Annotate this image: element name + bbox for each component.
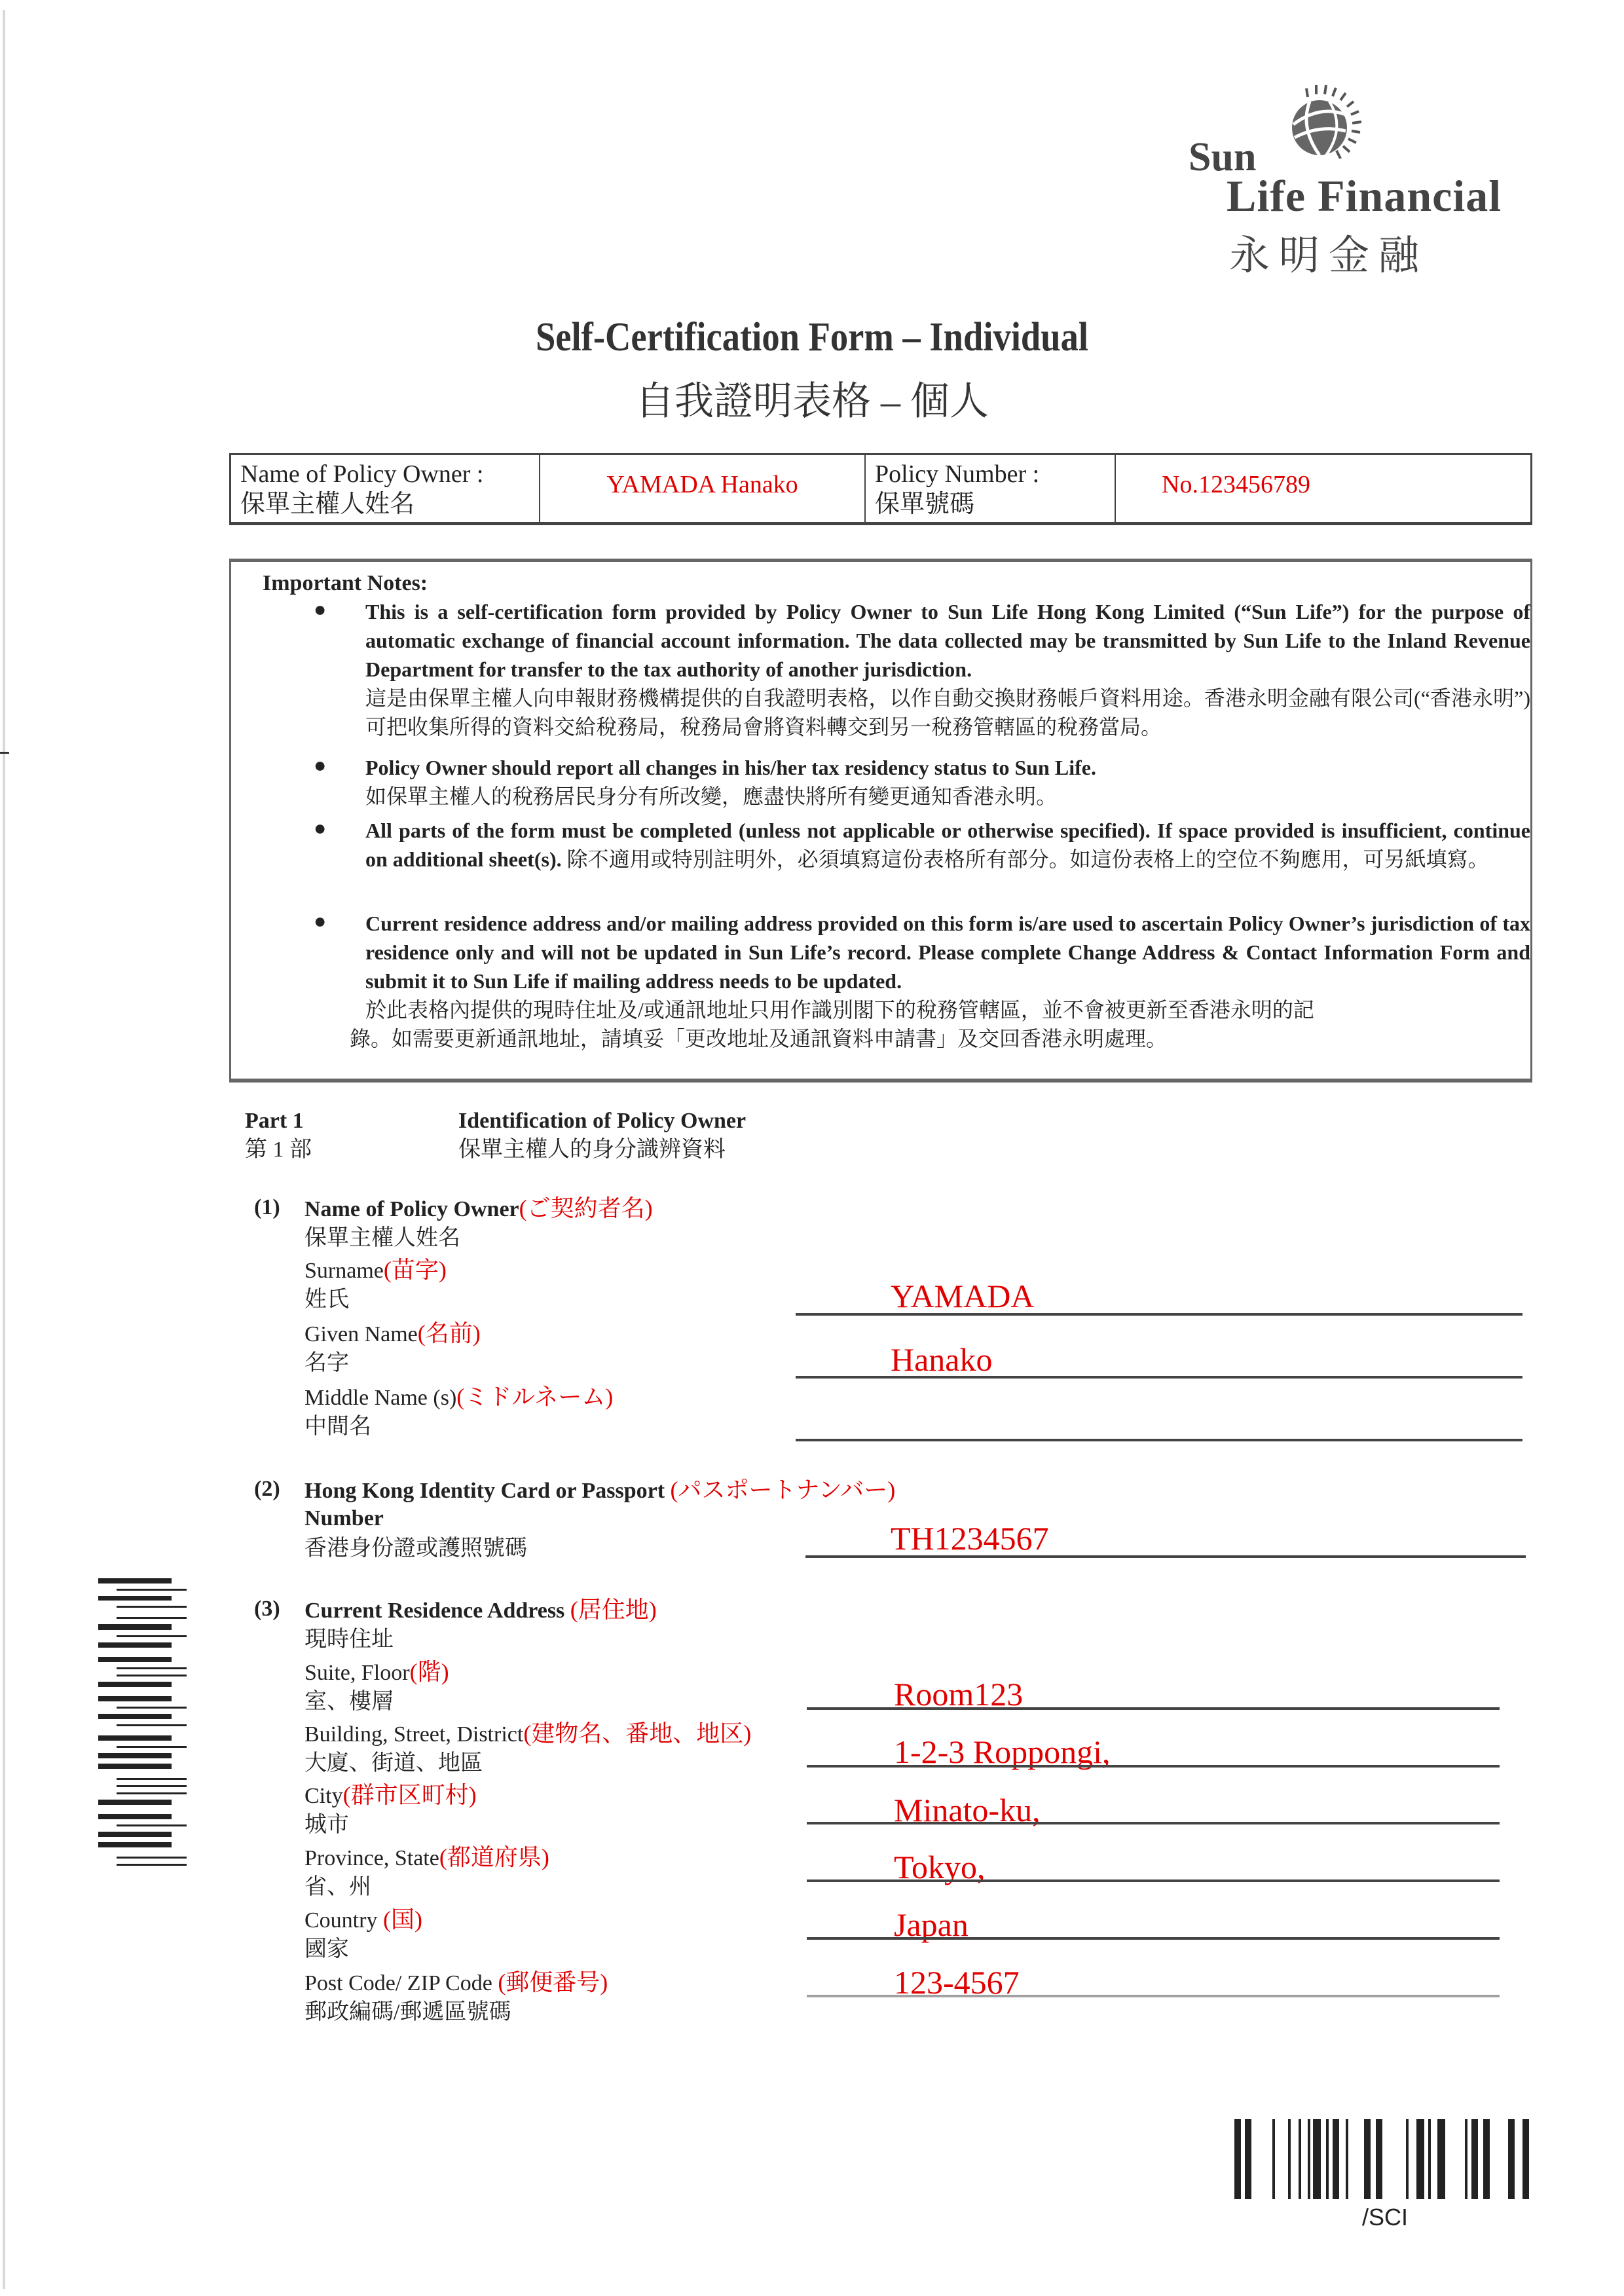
bullet-icon: ● [314,816,326,840]
barcode-caption: /SCI [1362,2204,1408,2231]
section2-title-en: Hong Kong Identity Card or Passport [304,1479,665,1503]
post-code-label-zh: 郵政編碼/郵遞區號碼 [304,1997,511,2028]
section3-title-en: Current Residence Address [304,1599,564,1623]
logo-word-life-financial: Life Financial [1227,170,1502,222]
section-number: (2) [254,1477,280,1502]
country-underline [807,1937,1500,1940]
province-state-label: Province, State(都道府県) [304,1842,549,1874]
note-text-en: Current residence address and/or mailing… [365,912,1530,993]
note-text-en: This is a self-certification form provid… [365,600,1530,681]
id-passport-underline [805,1555,1526,1558]
important-notes-box: Important Notes: ● This is a self-certif… [229,559,1532,1083]
section2-title-jp: (パスポートナンバー) [671,1477,896,1503]
sun-life-logo: Sun Life Financial 永明金融 [1189,79,1529,275]
building-street-label-zh: 大廈、街道、地區 [304,1749,483,1779]
given-name-label-zh: 名字 [304,1348,349,1379]
part-title: Identification of Policy Owner 保單主權人的身分識… [458,1107,746,1164]
given-name-field[interactable]: Hanako [891,1341,993,1379]
owner-name-field[interactable]: YAMADA Hanako [540,455,866,522]
city-label-zh: 城市 [304,1810,349,1840]
building-street-label: Building, Street, District(建物名、番地、地区) [304,1718,751,1750]
note-text-zh-cont: 錄。如需要更新通訊地址，請填妥「更改地址及通訊資料申請書」及交回香港永明處理。 [350,1024,1530,1053]
policy-info-table: Name of Policy Owner : 保單主權人姓名 YAMADA Ha… [229,453,1532,525]
province-state-label-zh: 省、州 [304,1872,371,1902]
surname-underline [796,1313,1522,1316]
bullet-icon: ● [314,597,326,621]
part-title-zh: 保單主權人的身分識辨資料 [458,1136,746,1164]
post-code-label: Post Code/ ZIP Code (郵便番号) [304,1967,608,1999]
section1-title-en: Name of Policy Owner [304,1197,519,1221]
owner-name-label: Name of Policy Owner : [240,459,530,489]
given-name-label: Given Name(名前) [304,1318,481,1350]
suite-floor-underline [807,1707,1500,1710]
suite-floor-label: Suite, Floor(階) [304,1657,449,1688]
section3-title-zh: 現時住址 [304,1625,394,1655]
given-name-underline [796,1376,1522,1379]
building-street-underline [807,1765,1500,1768]
form-title-chinese: 自我證明表格 – 個人 [0,370,1624,426]
country-label: Country (国) [304,1904,422,1936]
sun-globe-icon [1280,79,1372,170]
part-label-en: Part 1 [245,1107,312,1136]
section2-title: Hong Kong Identity Card or Passport (パスポ… [304,1475,895,1506]
section3-title-jp: (居住地) [570,1597,657,1623]
id-passport-field[interactable]: TH1234567 [891,1519,1049,1557]
post-code-underline [807,1995,1500,1997]
part-title-en: Identification of Policy Owner [458,1107,746,1136]
note-text-en: Policy Owner should report all changes i… [365,756,1096,779]
note-text-zh: 如保單主權人的稅務居民身分有所改變，應盡快將所有變更通知香港永明。 [365,782,1530,811]
section2-title-cont: Number [304,1504,384,1534]
country-label-zh: 國家 [304,1935,349,1965]
policy-number-label-cell: Policy Number : 保單號碼 [866,455,1116,522]
policy-number-label-zh: 保單號碼 [875,489,1105,519]
section2-title-zh: 香港身份證或護照號碼 [304,1534,527,1564]
province-state-underline [807,1879,1500,1882]
suite-floor-label-zh: 室、樓層 [304,1687,394,1717]
surname-label-zh: 姓氏 [304,1285,349,1315]
city-underline [807,1822,1500,1824]
vertical-barcode-icon [92,1572,187,1912]
barcode-icon [1234,2114,1536,2202]
section1-title-zh: 保單主權人姓名 [304,1223,460,1253]
part-label-zh: 第 1 部 [245,1136,312,1164]
policy-number-label: Policy Number : [875,459,1105,489]
part-label: Part 1 第 1 部 [245,1107,312,1164]
section-number: (3) [254,1597,280,1621]
city-label: City(群市区町村) [304,1780,477,1811]
note-text-zh: 於此表格內提供的現時住址及/或通訊地址只用作識別閣下的稅務管轄區，並不會被更新至… [365,995,1530,1024]
note-text-zh: 除不適用或特別註明外，必須填寫這份表格所有部分。如這份表格上的空位不夠應用，可另… [567,847,1489,871]
page-edge [3,10,5,2289]
bullet-icon: ● [314,909,326,933]
section1-title: Name of Policy Owner(ご契約者名) [304,1193,653,1225]
surname-field[interactable]: YAMADA [891,1277,1034,1315]
form-title: Self-Certification Form – Individual [98,314,1526,361]
logo-chinese: 永明金融 [1229,223,1428,281]
middle-name-label: Middle Name (s)(ミドルネーム) [304,1382,613,1413]
section1-title-jp: (ご契約者名) [519,1195,653,1221]
middle-name-label-zh: 中間名 [304,1412,371,1442]
bullet-icon: ● [314,753,326,777]
surname-label: Surname(苗字) [304,1255,447,1286]
fold-mark [0,752,9,754]
owner-name-label-zh: 保單主權人姓名 [240,489,530,519]
owner-name-label-cell: Name of Policy Owner : 保單主權人姓名 [231,455,540,522]
important-notes-heading: Important Notes: [263,571,428,596]
note-text-zh: 這是由保單主權人向申報財務機構提供的自我證明表格，以作自動交換財務帳戶資料用途。… [365,684,1530,741]
policy-number-field[interactable]: No.123456789 [1116,455,1530,522]
section-number: (1) [254,1195,280,1220]
section3-title: Current Residence Address (居住地) [304,1595,657,1626]
middle-name-underline [796,1439,1522,1441]
